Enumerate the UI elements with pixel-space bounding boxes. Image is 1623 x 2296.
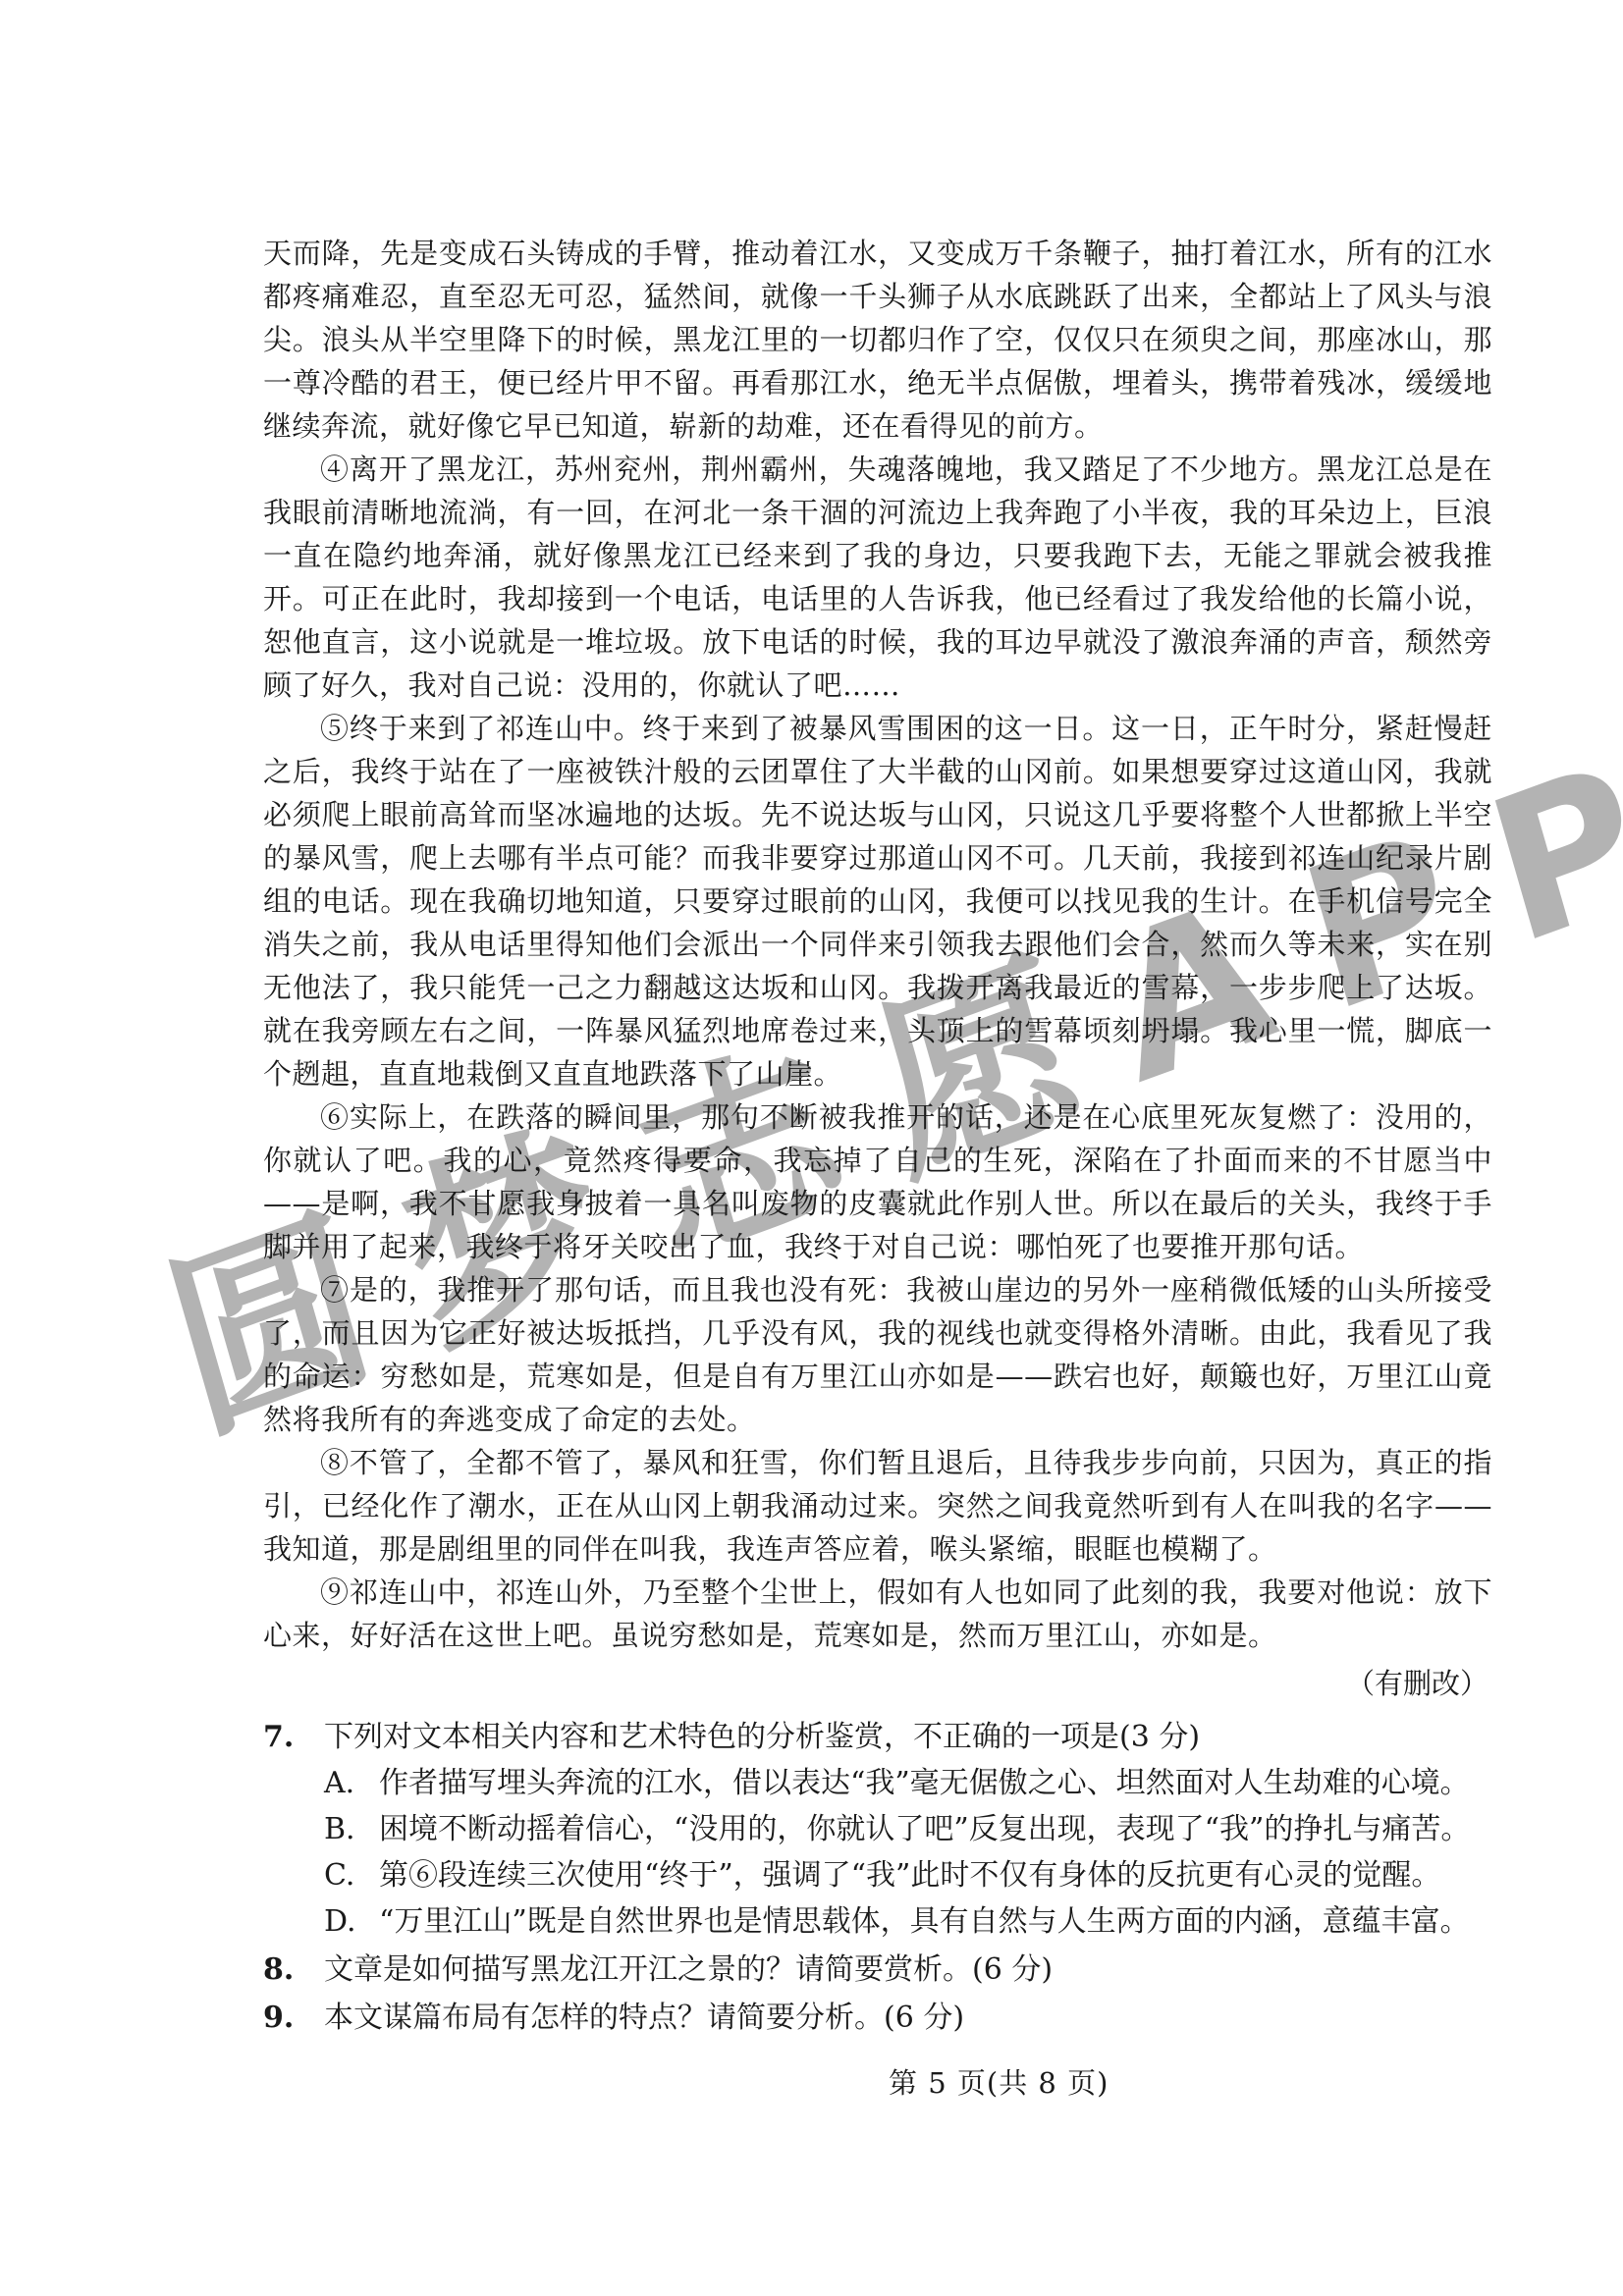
reading-passage: 天而降，先是变成石头铸成的手臂，推动着江水，又变成万千条鞭子，抽打着江水，所有的… — [263, 232, 1492, 1657]
question-body: 本文谋篇布局有怎样的特点？请简要分析。(6 分) — [324, 1995, 1492, 2041]
passage-paragraph: ⑧不管了，全都不管了，暴风和狂雪，你们暂且退后，且待我步步向前，只因为，真正的指… — [263, 1441, 1492, 1571]
answer-option-label: C. — [324, 1852, 379, 1898]
passage-paragraph: ④离开了黑龙江，苏州兖州，荆州霸州，失魂落魄地，我又踏足了不少地方。黑龙江总是在… — [263, 448, 1492, 707]
answer-option: A.作者描写埋头奔流的江水，借以表达“我”毫无倨傲之心、坦然面对人生劫难的心境。 — [324, 1760, 1492, 1806]
passage-attribution: （有删改） — [263, 1661, 1492, 1706]
questions-section: 7.下列对文本相关内容和艺术特色的分析鉴赏，不正确的一项是(3 分)A.作者描写… — [263, 1714, 1492, 2041]
page-footer: 第 5 页(共 8 页) — [889, 2061, 1109, 2102]
question-number: 7. — [263, 1714, 324, 1945]
passage-paragraph: ⑨祁连山中，祁连山外，乃至整个尘世上，假如有人也如同了此刻的我，我要对他说：放下… — [263, 1571, 1492, 1657]
answer-option: B.困境不断动摇着信心，“没用的，你就认了吧”反复出现，表现了“我”的挣扎与痛苦… — [324, 1806, 1492, 1852]
question-body: 下列对文本相关内容和艺术特色的分析鉴赏，不正确的一项是(3 分)A.作者描写埋头… — [324, 1714, 1492, 1945]
answer-option-text: “万里江山”既是自然世界也是情思载体，具有自然与人生两方面的内涵，意蕴丰富。 — [379, 1898, 1492, 1945]
passage-paragraph: ⑤终于来到了祁连山中。终于来到了被暴风雪围困的这一日。这一日，正午时分，紧赶慢赶… — [263, 707, 1492, 1095]
question-body: 文章是如何描写黑龙江开江之景的？请简要赏析。(6 分) — [324, 1947, 1492, 1993]
page-content: 天而降，先是变成石头铸成的手臂，推动着江水，又变成万千条鞭子，抽打着江水，所有的… — [263, 232, 1492, 2041]
question: 7.下列对文本相关内容和艺术特色的分析鉴赏，不正确的一项是(3 分)A.作者描写… — [263, 1714, 1492, 1945]
answer-option-text: 作者描写埋头奔流的江水，借以表达“我”毫无倨傲之心、坦然面对人生劫难的心境。 — [379, 1760, 1492, 1806]
passage-paragraph: ⑥实际上，在跌落的瞬间里，那句不断被我推开的话，还是在心底里死灰复燃了：没用的，… — [263, 1095, 1492, 1268]
question-stem: 本文谋篇布局有怎样的特点？请简要分析。(6 分) — [324, 1995, 1492, 2041]
question-number: 9. — [263, 1995, 324, 2041]
question: 9.本文谋篇布局有怎样的特点？请简要分析。(6 分) — [263, 1995, 1492, 2041]
answer-option-label: B. — [324, 1806, 379, 1852]
answer-option-label: A. — [324, 1760, 379, 1806]
answer-option-text: 第⑥段连续三次使用“终于”，强调了“我”此时不仅有身体的反抗更有心灵的觉醒。 — [379, 1852, 1492, 1898]
exam-page: 圆梦志愿APP 天而降，先是变成石头铸成的手臂，推动着江水，又变成万千条鞭子，抽… — [0, 0, 1623, 2296]
answer-option: D.“万里江山”既是自然世界也是情思载体，具有自然与人生两方面的内涵，意蕴丰富。 — [324, 1898, 1492, 1945]
question-stem: 下列对文本相关内容和艺术特色的分析鉴赏，不正确的一项是(3 分) — [324, 1714, 1492, 1760]
question-stem: 文章是如何描写黑龙江开江之景的？请简要赏析。(6 分) — [324, 1947, 1492, 1993]
passage-paragraph: 天而降，先是变成石头铸成的手臂，推动着江水，又变成万千条鞭子，抽打着江水，所有的… — [263, 232, 1492, 448]
answer-option: C.第⑥段连续三次使用“终于”，强调了“我”此时不仅有身体的反抗更有心灵的觉醒。 — [324, 1852, 1492, 1898]
answer-option-text: 困境不断动摇着信心，“没用的，你就认了吧”反复出现，表现了“我”的挣扎与痛苦。 — [379, 1806, 1492, 1852]
answer-option-label: D. — [324, 1898, 379, 1945]
question-number: 8. — [263, 1947, 324, 1993]
question: 8.文章是如何描写黑龙江开江之景的？请简要赏析。(6 分) — [263, 1947, 1492, 1993]
passage-paragraph: ⑦是的，我推开了那句话，而且我也没有死：我被山崖边的另外一座稍微低矮的山头所接受… — [263, 1268, 1492, 1441]
